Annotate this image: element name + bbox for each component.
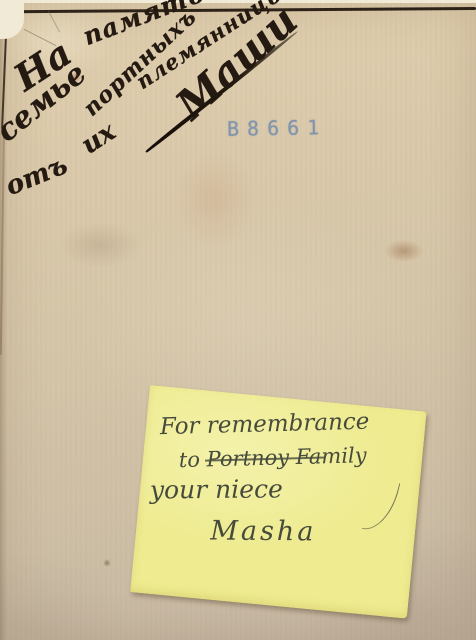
photo-back-paper: На память семье портныхъ отъ их племянни… xyxy=(0,3,476,640)
note-line-1: For remembrance xyxy=(160,411,370,439)
sticky-note: For remembrance to Portnoy Family your n… xyxy=(130,385,427,619)
photo-left-edge-shadow xyxy=(0,3,7,640)
catalog-number-stamp: В8661 xyxy=(227,115,328,141)
note-line-3: your niece xyxy=(150,476,283,502)
inscription-word-ikh: их xyxy=(77,118,120,159)
note-descender-stroke xyxy=(362,477,401,535)
corner-crease-mark xyxy=(48,11,60,33)
inscription-word-ot: отъ xyxy=(2,152,71,200)
rounded-corner-cutout xyxy=(0,3,24,39)
note-signature-masha: Masha xyxy=(210,517,316,545)
